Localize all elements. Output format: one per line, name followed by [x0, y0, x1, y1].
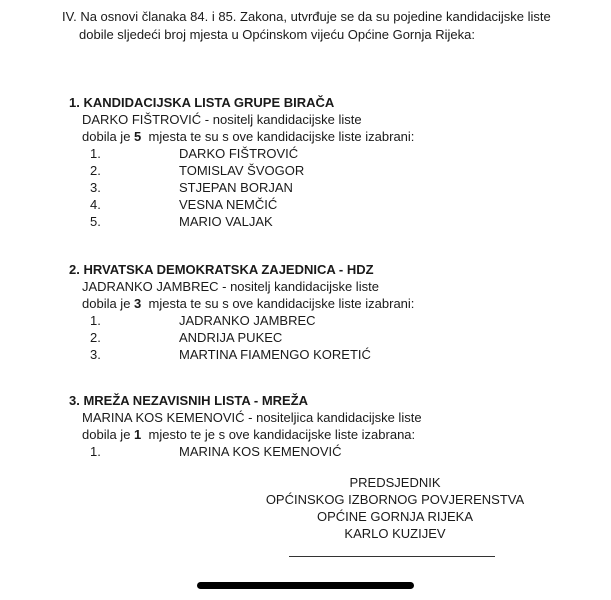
seats-suffix: mjesto te je s ove kandidacijske liste i… — [141, 427, 415, 442]
elected-number: 3. — [90, 347, 101, 362]
seats-line: dobila je 5 mjesta te su s ove kandidaci… — [82, 129, 414, 144]
seats-line: dobila je 1 mjesto te je s ove kandidaci… — [82, 427, 415, 442]
elected-number: 1. — [90, 146, 101, 161]
signature-name: KARLO KUZIJEV — [260, 526, 530, 541]
list-title: 1. KANDIDACIJSKA LISTA GRUPE BIRAČA — [69, 95, 334, 110]
elected-name: JADRANKO JAMBREC — [179, 313, 316, 328]
signature-role: PREDSJEDNIK — [260, 475, 530, 490]
elected-number: 5. — [90, 214, 101, 229]
signature-body: OPĆINSKOG IZBORNOG POVJERENSTVA — [260, 492, 530, 507]
elected-name: ANDRIJA PUKEC — [179, 330, 282, 345]
list-holder: DARKO FIŠTROVIĆ - nositelj kandidacijske… — [82, 112, 362, 127]
elected-name: DARKO FIŠTROVIĆ — [179, 146, 298, 161]
list-title: 3. MREŽA NEZAVISNIH LISTA - MREŽA — [69, 393, 308, 408]
elected-number: 2. — [90, 330, 101, 345]
seats-prefix: dobila je — [82, 427, 134, 442]
elected-number: 2. — [90, 163, 101, 178]
elected-number: 3. — [90, 180, 101, 195]
elected-name: TOMISLAV ŠVOGOR — [179, 163, 304, 178]
elected-name: MARIO VALJAK — [179, 214, 273, 229]
signature-line — [289, 556, 495, 557]
elected-number: 1. — [90, 313, 101, 328]
intro-line-2: dobile sljedeći broj mjesta u Općinskom … — [79, 27, 475, 42]
elected-name: VESNA NEMČIĆ — [179, 197, 277, 212]
seats-prefix: dobila je — [82, 129, 134, 144]
intro-line-1: IV. Na osnovi članaka 84. i 85. Zakona, … — [62, 9, 546, 24]
seats-suffix: mjesta te su s ove kandidacijske liste i… — [141, 296, 414, 311]
elected-name: MARINA KOS KEMENOVIĆ — [179, 444, 342, 459]
elected-name: MARTINA FIAMENGO KORETIĆ — [179, 347, 371, 362]
seats-suffix: mjesta te su s ove kandidacijske liste i… — [141, 129, 414, 144]
elected-number: 1. — [90, 444, 101, 459]
seats-prefix: dobila je — [82, 296, 134, 311]
list-holder: MARINA KOS KEMENOVIĆ - nositeljica kandi… — [82, 410, 422, 425]
home-indicator[interactable] — [197, 582, 414, 589]
elected-number: 4. — [90, 197, 101, 212]
list-holder: JADRANKO JAMBREC - nositelj kandidacijsk… — [82, 279, 379, 294]
signature-municipality: OPĆINE GORNJA RIJEKA — [260, 509, 530, 524]
elected-name: STJEPAN BORJAN — [179, 180, 293, 195]
seats-line: dobila je 3 mjesta te su s ove kandidaci… — [82, 296, 414, 311]
list-title: 2. HRVATSKA DEMOKRATSKA ZAJEDNICA - HDZ — [69, 262, 374, 277]
